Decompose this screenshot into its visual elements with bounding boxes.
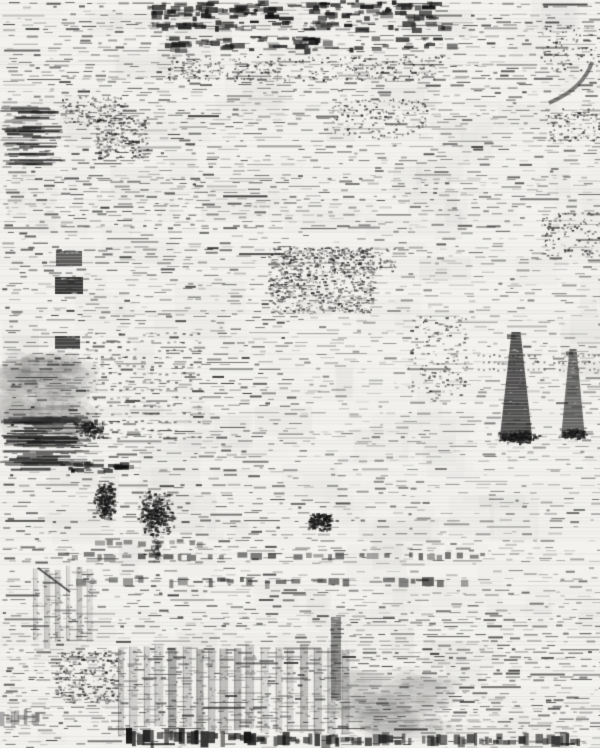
degraded-scan-page	[0, 0, 600, 748]
degraded-scan-image	[0, 0, 600, 748]
